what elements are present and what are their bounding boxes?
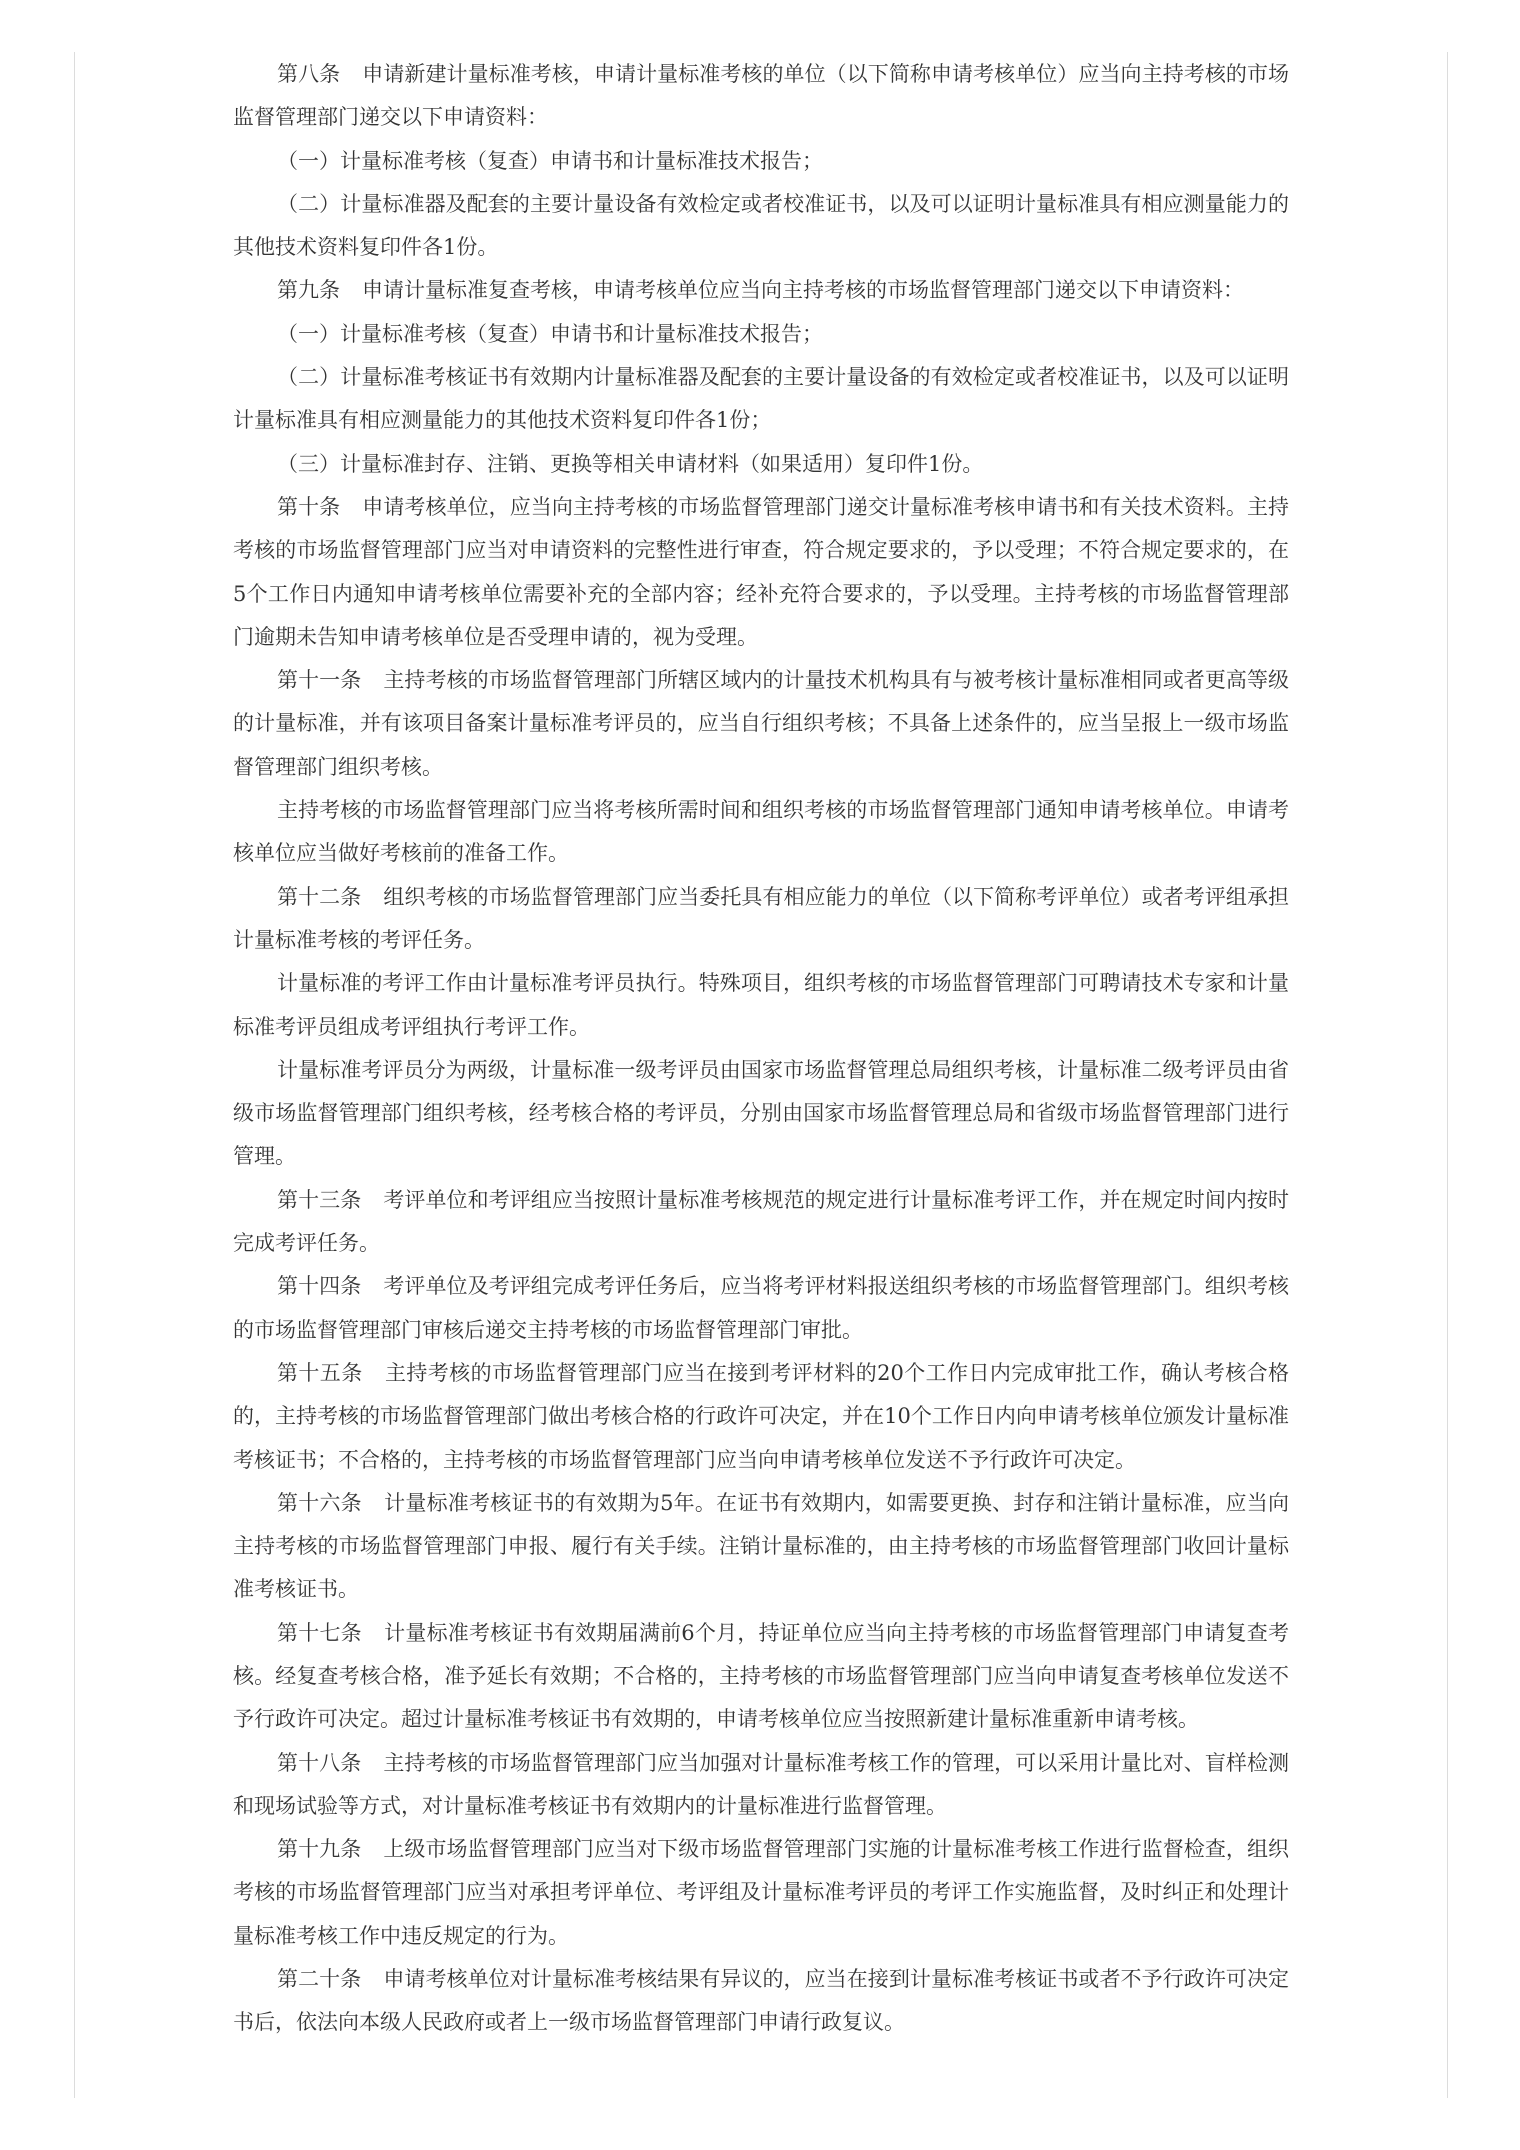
article-14: 第十四条考评单位及考评组完成考评任务后，应当将考评材料报送组织考核的市场监督管理…: [233, 1265, 1289, 1352]
paragraph-text: （三）计量标准封存、注销、更换等相关申请材料（如果适用）复印件1份。: [277, 452, 983, 476]
article-number: 第十四条: [277, 1274, 361, 1298]
article-9-item-2: （二）计量标准考核证书有效期内计量标准器及配套的主要计量设备的有效检定或者校准证…: [233, 356, 1289, 443]
paragraph-text: 计量标准考评员分为两级，计量标准一级考评员由国家市场监督管理总局组织考核，计量标…: [233, 1058, 1289, 1169]
article-number: 第二十条: [277, 1967, 361, 1991]
article-9-item-1: （一）计量标准考核（复查）申请书和计量标准技术报告；: [233, 313, 1289, 356]
document-body: 第八条申请新建计量标准考核，申请计量标准考核的单位（以下简称申请考核单位）应当向…: [233, 53, 1289, 2045]
paragraph-text: 考评单位及考评组完成考评任务后，应当将考评材料报送组织考核的市场监督管理部门。组…: [233, 1274, 1289, 1341]
article-10: 第十条申请考核单位，应当向主持考核的市场监督管理部门递交计量标准考核申请书和有关…: [233, 486, 1289, 659]
article-12: 第十二条组织考核的市场监督管理部门应当委托具有相应能力的单位（以下简称考评单位）…: [233, 876, 1289, 963]
article-9-item-3: （三）计量标准封存、注销、更换等相关申请材料（如果适用）复印件1份。: [233, 443, 1289, 486]
paragraph-text: 组织考核的市场监督管理部门应当委托具有相应能力的单位（以下简称考评单位）或者考评…: [233, 885, 1289, 952]
article-number: 第十七条: [277, 1621, 362, 1645]
article-15: 第十五条主持考核的市场监督管理部门应当在接到考评材料的20个工作日内完成审批工作…: [233, 1352, 1289, 1482]
article-number: 第八条: [277, 62, 340, 86]
paragraph-text: （一）计量标准考核（复查）申请书和计量标准技术报告；: [277, 322, 823, 346]
paragraph-text: 申请新建计量标准考核，申请计量标准考核的单位（以下简称申请考核单位）应当向主持考…: [233, 62, 1289, 129]
paragraph-text: （二）计量标准器及配套的主要计量设备有效检定或者校准证书，以及可以证明计量标准具…: [233, 192, 1289, 259]
paragraph-text: 主持考核的市场监督管理部门应当加强对计量标准考核工作的管理，可以采用计量比对、盲…: [233, 1751, 1289, 1818]
paragraph-text: 计量标准考核证书的有效期为5年。在证书有效期内，如需要更换、封存和注销计量标准，…: [233, 1491, 1289, 1602]
article-number: 第十五条: [277, 1361, 363, 1385]
article-8: 第八条申请新建计量标准考核，申请计量标准考核的单位（以下简称申请考核单位）应当向…: [233, 53, 1289, 140]
paragraph-text: （二）计量标准考核证书有效期内计量标准器及配套的主要计量设备的有效检定或者校准证…: [233, 365, 1289, 432]
article-number: 第十三条: [277, 1188, 361, 1212]
article-number: 第十六条: [277, 1491, 362, 1515]
paragraph-text: 计量标准的考评工作由计量标准考评员执行。特殊项目，组织考核的市场监督管理部门可聘…: [233, 971, 1289, 1038]
paragraph-text: 主持考核的市场监督管理部门应当在接到考评材料的20个工作日内完成审批工作，确认考…: [233, 1361, 1289, 1472]
article-19: 第十九条上级市场监督管理部门应当对下级市场监督管理部门实施的计量标准考核工作进行…: [233, 1828, 1289, 1958]
article-12-para-2: 计量标准的考评工作由计量标准考评员执行。特殊项目，组织考核的市场监督管理部门可聘…: [233, 962, 1289, 1049]
article-number: 第十一条: [277, 668, 361, 692]
article-9: 第九条申请计量标准复查考核，申请考核单位应当向主持考核的市场监督管理部门递交以下…: [233, 269, 1289, 312]
paragraph-text: 考评单位和考评组应当按照计量标准考核规范的规定进行计量标准考评工作，并在规定时间…: [233, 1188, 1289, 1255]
paragraph-text: 申请考核单位对计量标准考核结果有异议的，应当在接到计量标准考核证书或者不予行政许…: [233, 1967, 1289, 2034]
article-11: 第十一条主持考核的市场监督管理部门所辖区域内的计量技术机构具有与被考核计量标准相…: [233, 659, 1289, 789]
paragraph-text: 上级市场监督管理部门应当对下级市场监督管理部门实施的计量标准考核工作进行监督检查…: [233, 1837, 1289, 1948]
article-18: 第十八条主持考核的市场监督管理部门应当加强对计量标准考核工作的管理，可以采用计量…: [233, 1742, 1289, 1829]
article-17: 第十七条计量标准考核证书有效期届满前6个月，持证单位应当向主持考核的市场监督管理…: [233, 1612, 1289, 1742]
article-8-item-2: （二）计量标准器及配套的主要计量设备有效检定或者校准证书，以及可以证明计量标准具…: [233, 183, 1289, 270]
article-number: 第九条: [277, 278, 340, 302]
article-number: 第十八条: [277, 1751, 361, 1775]
article-number: 第十九条: [277, 1837, 361, 1861]
article-13: 第十三条考评单位和考评组应当按照计量标准考核规范的规定进行计量标准考评工作，并在…: [233, 1179, 1289, 1266]
paragraph-text: （一）计量标准考核（复查）申请书和计量标准技术报告；: [277, 149, 823, 173]
article-number: 第十二条: [277, 885, 361, 909]
paragraph-text: 主持考核的市场监督管理部门应当将考核所需时间和组织考核的市场监督管理部门通知申请…: [233, 798, 1289, 865]
article-12-para-3: 计量标准考评员分为两级，计量标准一级考评员由国家市场监督管理总局组织考核，计量标…: [233, 1049, 1289, 1179]
paragraph-text: 主持考核的市场监督管理部门所辖区域内的计量技术机构具有与被考核计量标准相同或者更…: [233, 668, 1289, 779]
paragraph-text: 申请考核单位，应当向主持考核的市场监督管理部门递交计量标准考核申请书和有关技术资…: [233, 495, 1289, 649]
article-11-para-2: 主持考核的市场监督管理部门应当将考核所需时间和组织考核的市场监督管理部门通知申请…: [233, 789, 1289, 876]
paragraph-text: 计量标准考核证书有效期届满前6个月，持证单位应当向主持考核的市场监督管理部门申请…: [233, 1621, 1289, 1732]
article-20: 第二十条申请考核单位对计量标准考核结果有异议的，应当在接到计量标准考核证书或者不…: [233, 1958, 1289, 2045]
paragraph-text: 申请计量标准复查考核，申请考核单位应当向主持考核的市场监督管理部门递交以下申请资…: [362, 278, 1244, 302]
article-16: 第十六条计量标准考核证书的有效期为5年。在证书有效期内，如需要更换、封存和注销计…: [233, 1482, 1289, 1612]
article-number: 第十条: [277, 495, 340, 519]
article-8-item-1: （一）计量标准考核（复查）申请书和计量标准技术报告；: [233, 140, 1289, 183]
